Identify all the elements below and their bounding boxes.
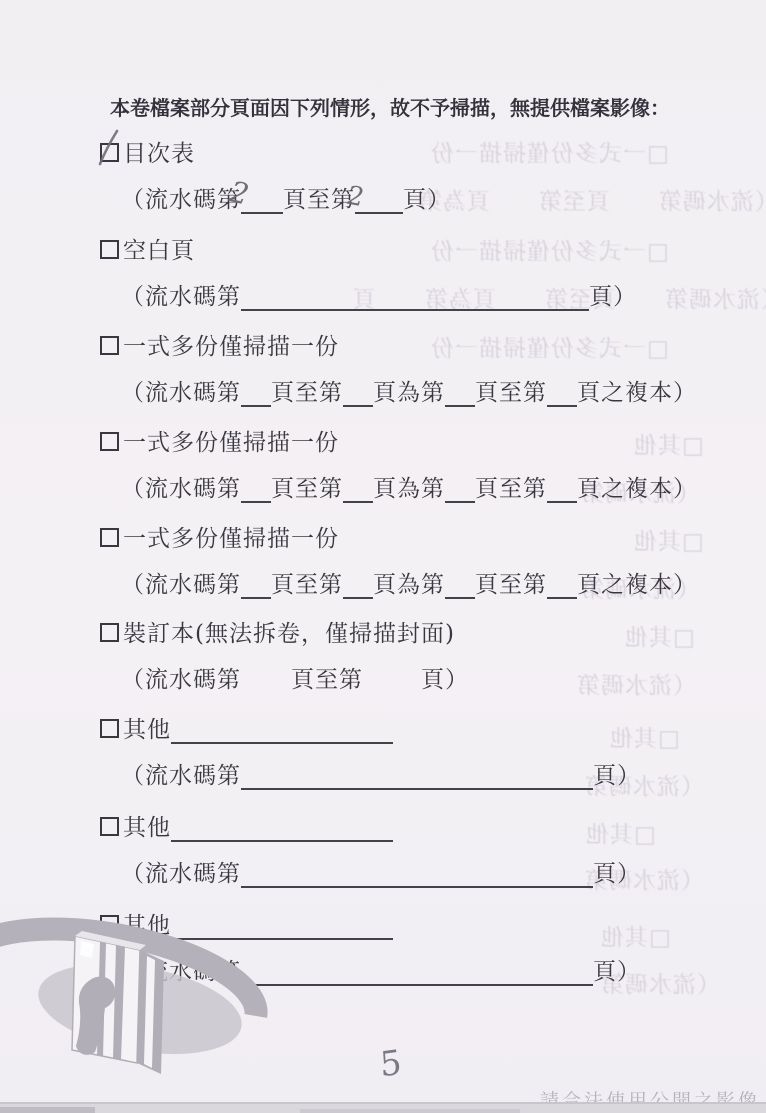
form-text: 頁）	[421, 667, 469, 693]
checkbox	[100, 336, 119, 355]
form-text: （流水碼第	[121, 861, 241, 887]
fill-in-blank	[171, 717, 393, 744]
bleed-through-text: （流水碼第 頁至第 頁為第	[418, 189, 766, 216]
handwritten-checkmark	[95, 127, 123, 169]
item-blank-pages: 空白頁	[100, 238, 195, 265]
serial-duplicate-1: （流水碼第頁至第頁為第頁至第頁之複本）	[121, 380, 697, 407]
fill-in-blank	[445, 476, 475, 503]
form-text: 頁）	[589, 284, 637, 310]
fill-in-blank	[445, 380, 475, 407]
form-text: 其他	[123, 717, 171, 743]
fill-in-blank	[547, 380, 577, 407]
fill-in-blank	[241, 284, 589, 311]
bleed-through-text: □一式多份僅掃描一份	[430, 336, 669, 363]
form-text: 頁為第	[373, 380, 445, 406]
item-other-2: 其他	[100, 815, 393, 842]
fill-in-blank	[547, 572, 577, 599]
form-text: 頁至第	[475, 476, 547, 502]
form-text: 頁至第	[291, 667, 363, 693]
serial-duplicate-2: （流水碼第頁至第頁為第頁至第頁之複本）	[121, 476, 697, 503]
archives-logo	[0, 912, 275, 1080]
form-text: 頁至第	[271, 572, 343, 598]
bleed-through-text: □其他	[585, 433, 704, 460]
bleed-through-text: （流水碼第	[552, 673, 696, 700]
fill-in-blank	[343, 476, 373, 503]
form-text: 其他	[123, 815, 171, 841]
form-text: （流水碼第	[121, 476, 241, 502]
blank-space	[241, 686, 291, 687]
fill-in-blank	[445, 572, 475, 599]
form-text: 頁之複本）	[577, 380, 697, 406]
scan-edge-shadow	[0, 1107, 95, 1113]
checkbox	[100, 719, 119, 738]
bleed-through-text: □其他	[585, 822, 656, 849]
scanned-page: □一式多份僅掃描一份（流水碼第 頁至第 頁為第□一式多份僅掃描一份（流水碼第 頁…	[0, 0, 766, 1113]
fill-in-blank	[171, 815, 393, 842]
bleed-through-text: □其他	[585, 726, 680, 753]
form-text: 頁）	[593, 959, 641, 985]
item-duplicate-3: 一式多份僅掃描一份	[100, 526, 339, 553]
form-text: 頁之複本）	[577, 476, 697, 502]
item-duplicate-1: 一式多份僅掃描一份	[100, 334, 339, 361]
form-text: 頁）	[403, 187, 451, 213]
fill-in-blank	[241, 572, 271, 599]
form-text: 頁為第	[373, 572, 445, 598]
form-text: （流水碼第	[121, 187, 241, 213]
form-text: （流水碼第	[121, 763, 241, 789]
bleed-through-text: □一式多份僅掃描一份	[430, 239, 669, 266]
form-text: （流水碼第	[121, 572, 241, 598]
item-duplicate-2: 一式多份僅掃描一份	[100, 430, 339, 457]
checkbox	[100, 817, 119, 836]
fill-in-blank	[241, 380, 271, 407]
form-text: 頁）	[593, 763, 641, 789]
form-text: 裝訂本(無法拆卷，僅掃描封面)	[123, 621, 455, 647]
fill-in-blank	[343, 380, 373, 407]
serial-duplicate-3: （流水碼第頁至第頁為第頁至第頁之複本）	[121, 572, 697, 599]
form-text: 頁）	[593, 861, 641, 887]
form-text: 頁至第	[271, 380, 343, 406]
fill-in-blank	[241, 861, 593, 888]
fill-in-blank	[241, 763, 593, 790]
blank-space	[363, 686, 421, 687]
fill-in-blank	[547, 476, 577, 503]
fill-in-blank	[343, 572, 373, 599]
scan-edge-line	[0, 1102, 766, 1104]
serial-range-toc: （流水碼第頁至第頁）	[121, 187, 451, 214]
serial-other-1: （流水碼第頁）	[121, 763, 641, 790]
bleed-through-text: □其他	[552, 625, 695, 652]
form-text: 頁之複本）	[577, 572, 697, 598]
fill-in-blank	[241, 959, 593, 986]
form-text: 頁至第	[475, 380, 547, 406]
checkbox	[100, 623, 119, 642]
scan-edge	[0, 1102, 766, 1113]
form-text: 空白頁	[123, 238, 195, 264]
checkbox	[100, 528, 119, 547]
form-text: 一式多份僅掃描一份	[123, 526, 339, 552]
bleed-through-text: □其他	[600, 925, 671, 952]
form-text: （流水碼第	[121, 380, 241, 406]
scan-edge-shadow-2	[300, 1109, 520, 1113]
bleed-through-text: □其他	[585, 529, 704, 556]
page-title: 本卷檔案部分頁面因下列情形，故不予掃描，無提供檔案影像：	[110, 92, 670, 121]
serial-blank-pages: （流水碼第頁）	[121, 284, 637, 311]
form-text: 頁至第	[475, 572, 547, 598]
checkbox	[100, 240, 119, 259]
form-text: （流水碼第	[121, 667, 241, 693]
handwritten-page-number: 5	[379, 1042, 403, 1085]
item-other-1: 其他	[100, 717, 393, 744]
form-text: （流水碼第	[121, 284, 241, 310]
checkbox	[100, 432, 119, 451]
serial-other-2: （流水碼第頁）	[121, 861, 641, 888]
item-bound-volume: 裝訂本(無法拆卷，僅掃描封面)	[100, 621, 455, 648]
form-text: 頁為第	[373, 476, 445, 502]
form-text: 一式多份僅掃描一份	[123, 430, 339, 456]
form-text: 頁至第	[271, 476, 343, 502]
form-text: 目次表	[123, 141, 195, 167]
serial-bound-volume: （流水碼第頁至第頁）	[121, 667, 469, 694]
fill-in-blank	[241, 476, 271, 503]
form-text: 一式多份僅掃描一份	[123, 334, 339, 360]
bleed-through-text: □一式多份僅掃描一份	[430, 141, 669, 168]
